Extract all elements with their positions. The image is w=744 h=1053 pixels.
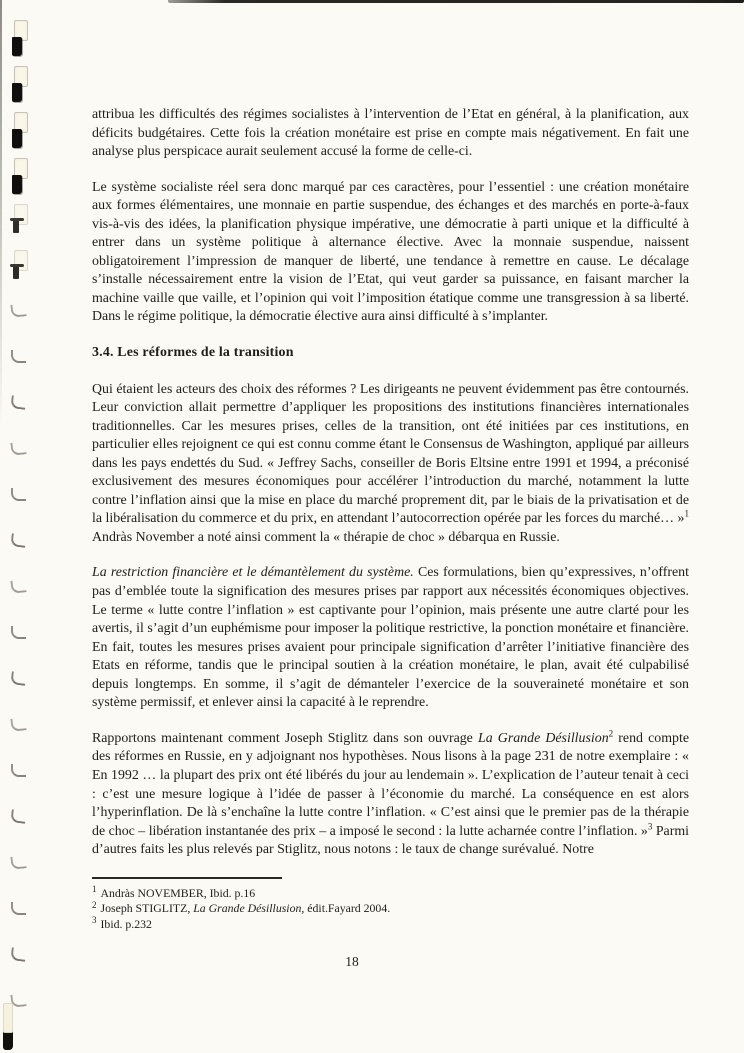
- binding-hole-mark: [9, 158, 35, 200]
- scan-top-edge-line: [168, 0, 744, 3]
- text-run: La Grande Désillusion: [193, 901, 301, 915]
- binding-hole-mark: [9, 250, 35, 292]
- binding-hole-mark: [9, 710, 35, 752]
- binding-hole-mark: [9, 434, 35, 476]
- text-run: rend compte des réformes en Russie, en y…: [92, 731, 689, 839]
- binding-marks-column: [0, 0, 60, 1053]
- text-run: , édit.Fayard 2004.: [301, 901, 390, 915]
- binding-hole-mark: [9, 526, 35, 568]
- paragraph: Le système socialiste réel sera donc mar…: [92, 179, 689, 327]
- page-content: attribua les difficultés des régimes soc…: [92, 106, 689, 933]
- binding-hole-mark: [9, 66, 35, 108]
- paragraph: La restriction financière et le démantèl…: [92, 564, 689, 712]
- binding-hole-mark: [9, 480, 35, 522]
- footnote-reference: 1: [685, 509, 690, 519]
- footnote-text: Andràs NOVEMBER, Ibid. p.16: [101, 886, 256, 900]
- footnote-marker: 1: [92, 884, 97, 894]
- binding-hole-mark: [9, 618, 35, 660]
- text-run: Andràs November a noté ainsi comment la …: [92, 530, 560, 545]
- footnote-text: Joseph STIGLITZ, La Grande Désillusion, …: [101, 901, 391, 915]
- text-run: Andràs NOVEMBER, Ibid. p.16: [101, 886, 256, 900]
- binding-hole-mark: [9, 572, 35, 614]
- text-run: La restriction financière et le démantèl…: [92, 565, 414, 580]
- text-run: Ces formulations, bien qu’expressives, n…: [92, 565, 689, 710]
- paragraph: attribua les difficultés des régimes soc…: [92, 106, 689, 162]
- binding-hole-mark: [9, 342, 35, 384]
- footnotes-section: 1Andràs NOVEMBER, Ibid. p.16 2Joseph STI…: [92, 877, 689, 933]
- binding-hole-mark: [9, 204, 35, 246]
- text-run: La Grande Désillusion: [478, 731, 609, 746]
- footnote: 2Joseph STIGLITZ, La Grande Désillusion,…: [92, 901, 689, 917]
- footnote-marker: 2: [92, 900, 97, 910]
- text-run: Joseph STIGLITZ,: [101, 901, 194, 915]
- text-run: Ibid. p.232: [101, 917, 152, 931]
- scanned-page: attribua les difficultés des régimes soc…: [0, 0, 744, 1053]
- text-run: Qui étaient les acteurs des choix des ré…: [92, 382, 689, 527]
- footnote: 3Ibid. p.232: [92, 917, 689, 933]
- binding-hole-mark: [9, 756, 35, 798]
- section-heading: 3.4. Les réformes de la transition: [92, 344, 689, 363]
- scan-corner-mark: [3, 1031, 13, 1050]
- text-run: Le système socialiste réel sera donc mar…: [92, 180, 689, 325]
- binding-hole-mark: [9, 112, 35, 154]
- footnote-text: Ibid. p.232: [101, 917, 152, 931]
- binding-hole-mark: [9, 388, 35, 430]
- footnote-marker: 3: [92, 915, 97, 925]
- footnote: 1Andràs NOVEMBER, Ibid. p.16: [92, 886, 689, 902]
- page-number: 18: [0, 954, 704, 970]
- binding-hole-mark: [9, 20, 35, 62]
- text-run: Rapportons maintenant comment Joseph Sti…: [92, 731, 478, 746]
- binding-hole-mark: [9, 802, 35, 844]
- binding-hole-mark: [9, 894, 35, 936]
- binding-hole-mark: [9, 296, 35, 338]
- binding-hole-mark: [9, 664, 35, 706]
- binding-hole-mark: [9, 848, 35, 890]
- text-run: attribua les difficultés des régimes soc…: [92, 107, 689, 159]
- paragraph: Qui étaient les acteurs des choix des ré…: [92, 381, 689, 548]
- paragraph: Rapportons maintenant comment Joseph Sti…: [92, 730, 689, 860]
- footnote-separator-line: [92, 877, 282, 879]
